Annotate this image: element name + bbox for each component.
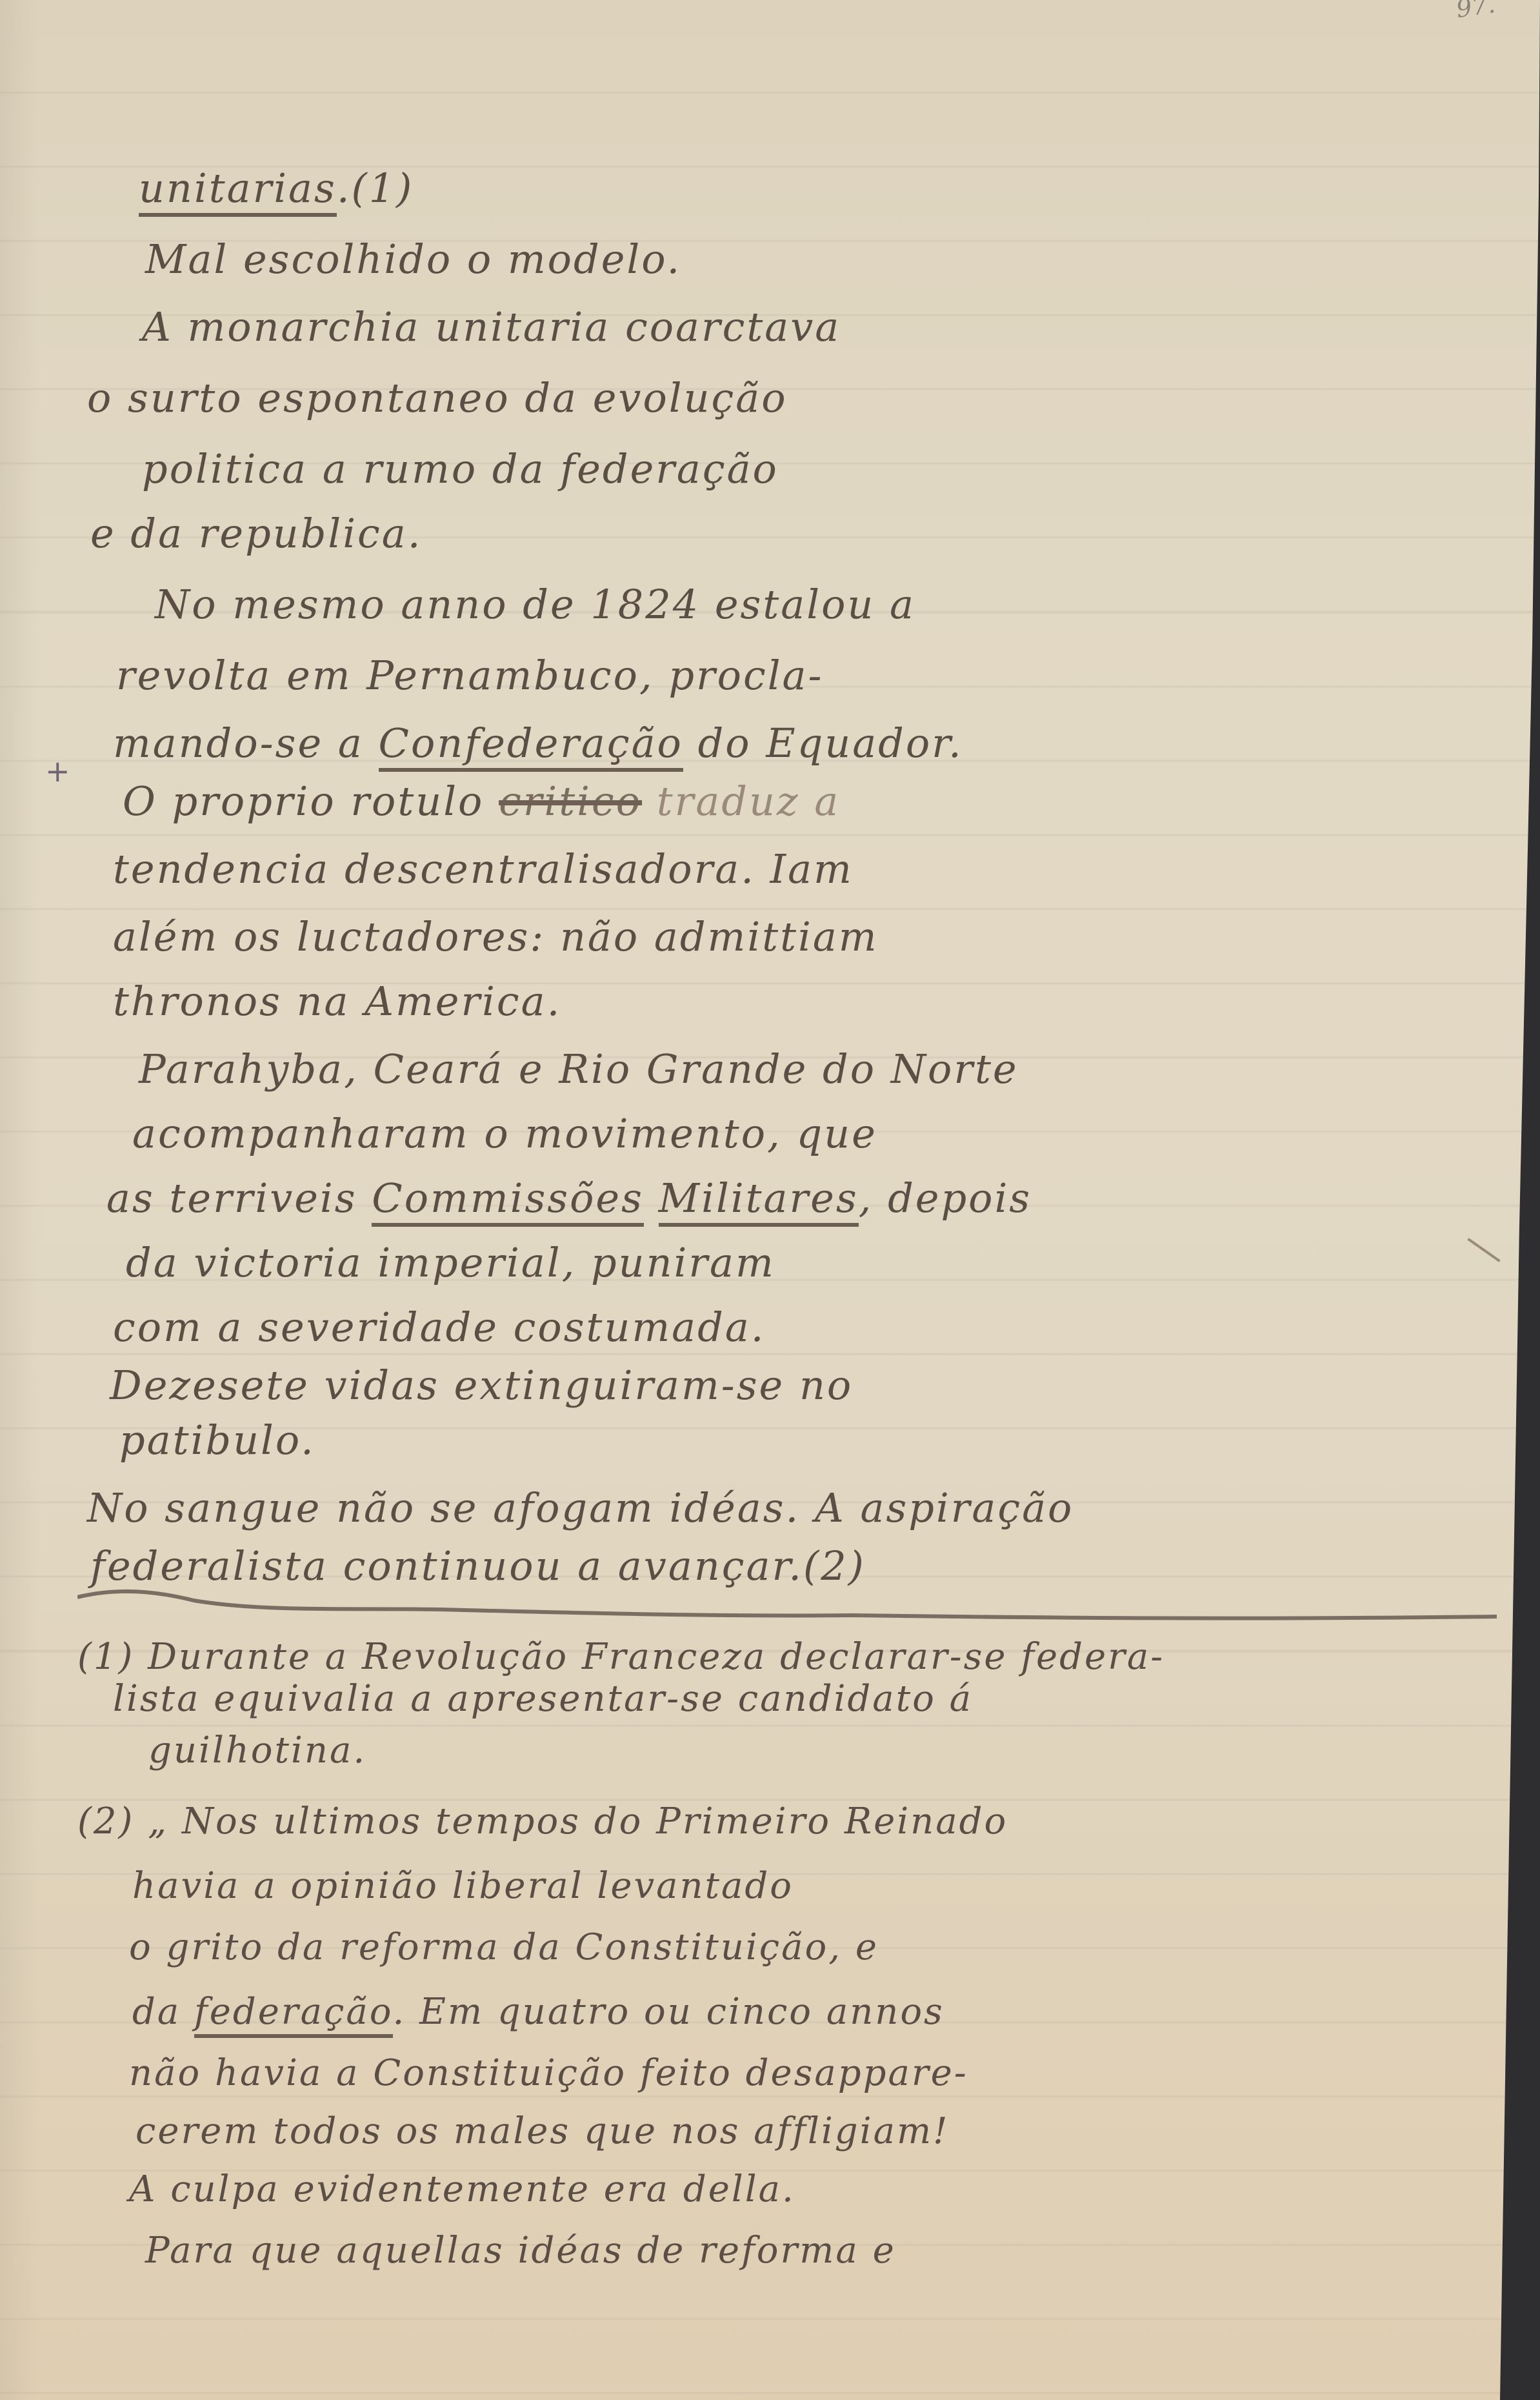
note-segment: federação — [194, 1991, 393, 2038]
body-segment: unitarias — [139, 165, 337, 217]
body-segment: com a severidade costumada. — [113, 1304, 765, 1351]
note-segment: guilhotina. — [148, 1729, 366, 1771]
margin-pencil-mark-icon — [1467, 1238, 1500, 1262]
note-segment: . Em quatro ou cinco annos — [393, 1991, 945, 2033]
page-number-mark: 97. — [1454, 0, 1497, 23]
body-segment: as terriveis — [106, 1175, 372, 1222]
body-segment: Parahyba, Ceará e Rio Grande do Norte — [139, 1045, 1019, 1093]
body-segment — [644, 1175, 659, 1222]
note-line: havia a opinião liberal levantado — [132, 1865, 794, 1907]
body-segment: Confederação — [379, 720, 683, 772]
body-line: da victoria imperial, puniram — [126, 1239, 775, 1286]
note-line: o grito da reforma da Constituição, e — [129, 1926, 879, 1968]
note-segment: (2) „ Nos ultimos tempos do Primeiro Rei… — [77, 1800, 1008, 1842]
note-line: da federação. Em quatro ou cinco annos — [132, 1991, 945, 2033]
body-line: unitarias.(1) — [139, 165, 414, 212]
body-line: Mal escolhido o modelo. — [145, 236, 681, 283]
body-line: revolta em Pernambuco, procla- — [116, 652, 823, 699]
body-line: Parahyba, Ceará e Rio Grande do Norte — [139, 1045, 1019, 1093]
body-segment: e da republica. — [90, 510, 422, 557]
body-line: No mesmo anno de 1824 estalou a — [155, 581, 915, 628]
note-segment: cerem todos os males que nos affligiam! — [135, 2110, 950, 2152]
body-line: A monarchia unitaria coarctava — [142, 303, 841, 350]
body-segment: mando-se a — [113, 720, 379, 767]
body-segment: thronos na America. — [113, 978, 561, 1025]
note-segment: havia a opinião liberal levantado — [132, 1865, 794, 1907]
body-line: patibulo. — [119, 1417, 315, 1464]
body-segment: , depois — [859, 1175, 1032, 1222]
body-segment: patibulo. — [119, 1417, 315, 1464]
body-segment: A monarchia unitaria coarctava — [142, 303, 841, 350]
body-segment: o surto espontaneo da evolução — [87, 374, 788, 421]
body-line: acompanharam o movimento, que — [132, 1110, 877, 1157]
note-segment: não havia a Constituição feito desappare… — [129, 2052, 968, 2094]
margin-plus-mark: + — [45, 754, 70, 789]
note-segment: Para que aquellas idéas de reforma e — [145, 2230, 896, 2272]
body-segment: tendencia descentralisadora. Iam — [113, 845, 854, 892]
note-line: não havia a Constituição feito desappare… — [129, 2052, 968, 2094]
body-segment: do Equador. — [683, 720, 963, 767]
body-line: No sangue não se afogam idéas. A aspiraç… — [87, 1484, 1074, 1531]
body-segment: revolta em Pernambuco, procla- — [116, 652, 823, 699]
body-line: as terriveis Commissões Militares, depoi… — [106, 1175, 1032, 1222]
body-line: mando-se a Confederação do Equador. — [113, 720, 963, 767]
body-line: o surto espontaneo da evolução — [87, 374, 788, 421]
body-segment: acompanharam o movimento, que — [132, 1110, 877, 1157]
body-segment: Militares — [659, 1175, 859, 1227]
body-line: thronos na America. — [113, 978, 561, 1025]
body-segment: .(1) — [337, 165, 414, 212]
note-line: cerem todos os males que nos affligiam! — [135, 2110, 950, 2152]
body-segment: Mal escolhido o modelo. — [145, 236, 681, 283]
footnote-divider — [77, 1584, 1497, 1623]
note-segment: o grito da reforma da Constituição, e — [129, 1926, 879, 1968]
body-segment: critico — [499, 778, 642, 825]
note-segment: da — [132, 1991, 194, 2033]
note-line: guilhotina. — [148, 1729, 366, 1771]
body-segment: politica a rumo da federação — [142, 445, 779, 492]
note-segment: lista equivalia a apresentar-se candidat… — [113, 1678, 973, 1720]
body-segment: além os luctadores: não admittiam — [113, 913, 879, 960]
body-line: tendencia descentralisadora. Iam — [113, 845, 854, 892]
body-segment: No sangue não se afogam idéas. A aspiraç… — [87, 1484, 1074, 1531]
body-segment: O proprio rotulo — [123, 778, 499, 825]
body-segment: Dezesete vidas extinguiram-se no — [110, 1362, 853, 1409]
body-segment: Commissões — [372, 1175, 644, 1227]
body-segment: federalista continuou a avançar.(2) — [90, 1542, 866, 1589]
body-line: e da republica. — [90, 510, 422, 557]
body-line: Dezesete vidas extinguiram-se no — [110, 1362, 853, 1409]
note-line: (1) Durante a Revolução Franceza declara… — [77, 1636, 1165, 1678]
note-line: Para que aquellas idéas de reforma e — [145, 2230, 896, 2272]
body-line: O proprio rotulo critico traduz a — [123, 778, 840, 825]
body-line: politica a rumo da federação — [142, 445, 779, 492]
body-line: além os luctadores: não admittiam — [113, 913, 879, 960]
body-line: com a severidade costumada. — [113, 1304, 765, 1351]
manuscript-page: 97. + unitarias.(1)Mal escolhido o model… — [0, 0, 1540, 2400]
body-segment: da victoria imperial, puniram — [126, 1239, 775, 1286]
body-segment: No mesmo anno de 1824 estalou a — [155, 581, 915, 628]
note-segment: (1) Durante a Revolução Franceza declara… — [77, 1636, 1165, 1678]
body-segment: traduz a — [642, 778, 840, 825]
paper-shading — [0, 0, 39, 2400]
body-line: federalista continuou a avançar.(2) — [90, 1542, 866, 1589]
note-line: A culpa evidentemente era della. — [129, 2168, 795, 2210]
note-line: lista equivalia a apresentar-se candidat… — [113, 1678, 973, 1720]
note-segment: A culpa evidentemente era della. — [129, 2168, 795, 2210]
note-line: (2) „ Nos ultimos tempos do Primeiro Rei… — [77, 1800, 1008, 1842]
